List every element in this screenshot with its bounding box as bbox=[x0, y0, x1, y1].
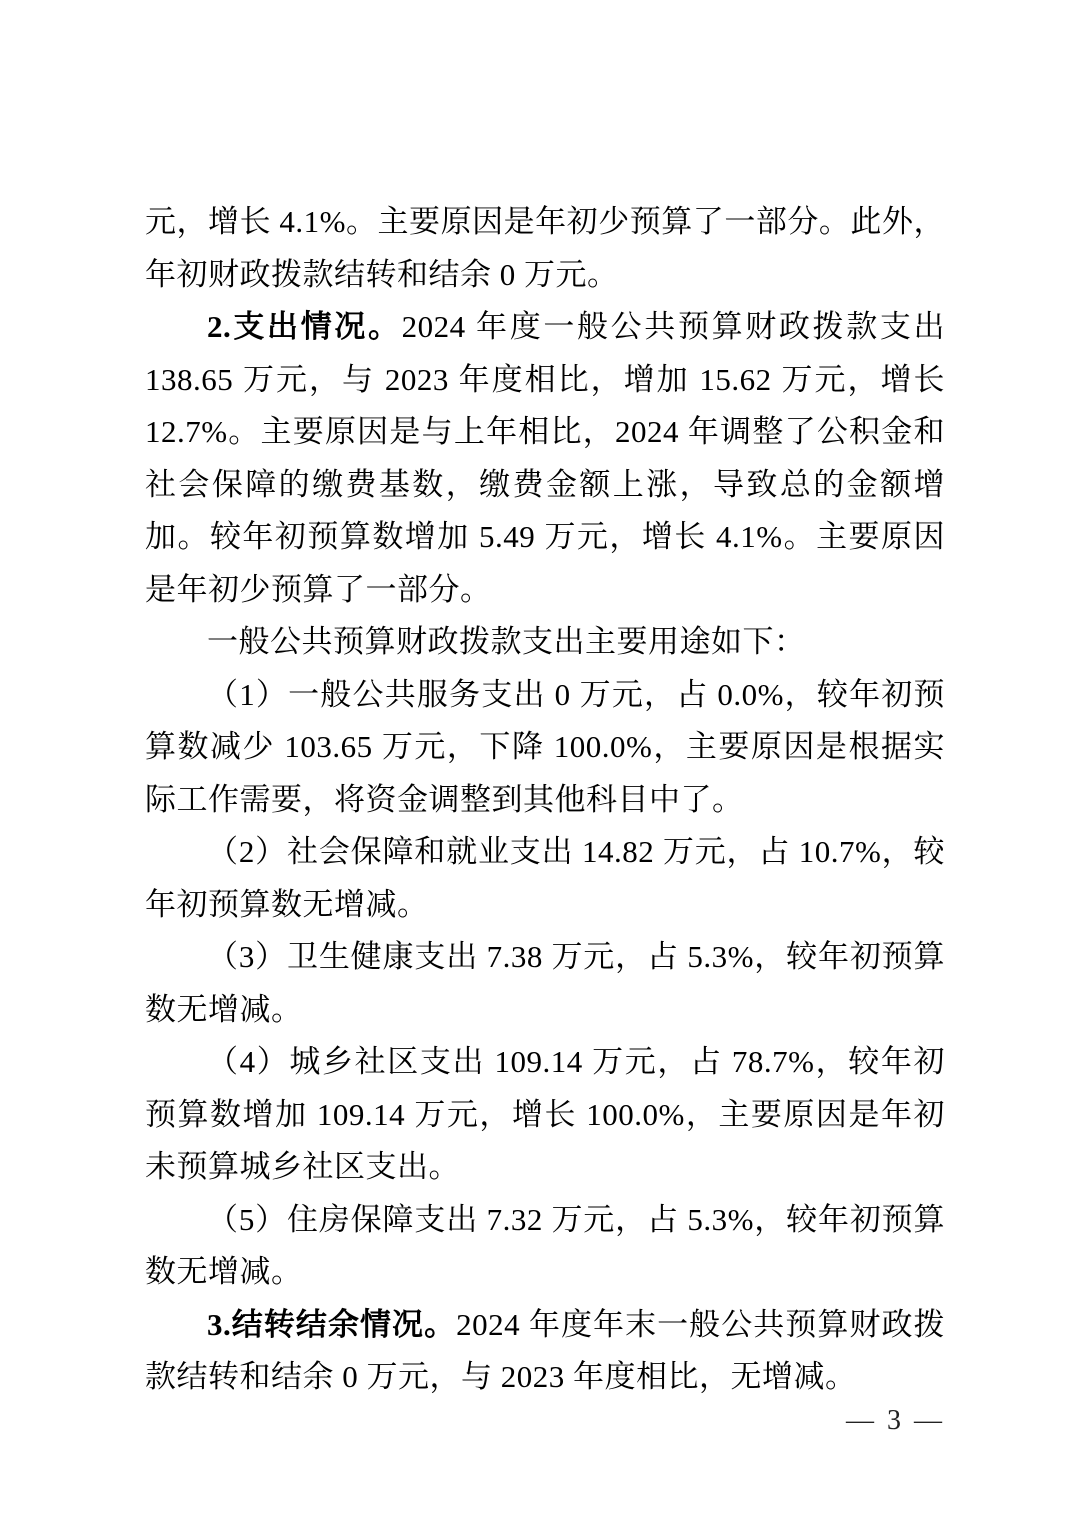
paragraph-text: 元，增长 4.1%。主要原因是年初少预算了一部分。此外，年初财政拨款结转和结余 … bbox=[145, 204, 945, 292]
paragraph-text: （1）一般公共服务支出 0 万元，占 0.0%，较年初预算数减少 103.65 … bbox=[145, 677, 945, 817]
list-item-2-social-security-employment: （2）社会保障和就业支出 14.82 万元，占 10.7%，较年初预算数无增减。 bbox=[145, 826, 945, 931]
list-item-5-housing-security: （5）住房保障支出 7.32 万元，占 5.3%，较年初预算数无增减。 bbox=[145, 1194, 945, 1299]
paragraph-text: 一般公共预算财政拨款支出主要用途如下： bbox=[207, 624, 806, 659]
paragraph-text: （3）卫生健康支出 7.38 万元，占 5.3%，较年初预算数无增减。 bbox=[145, 939, 945, 1027]
list-item-3-health: （3）卫生健康支出 7.38 万元，占 5.3%，较年初预算数无增减。 bbox=[145, 931, 945, 1036]
paragraph-text: （4）城乡社区支出 109.14 万元，占 78.7%，较年初预算数增加 109… bbox=[145, 1044, 945, 1184]
paragraph-text: （2）社会保障和就业支出 14.82 万元，占 10.7%，较年初预算数无增减。 bbox=[145, 834, 945, 922]
carryover-section-heading: 3.结转结余情况。 bbox=[207, 1307, 456, 1342]
paragraph-usage-intro: 一般公共预算财政拨款支出主要用途如下： bbox=[145, 616, 945, 669]
paragraph-carryover-balance: 3.结转结余情况。2024 年度年末一般公共预算财政拨款结转和结余 0 万元，与… bbox=[145, 1299, 945, 1404]
paragraph-text: （5）住房保障支出 7.32 万元，占 5.3%，较年初预算数无增减。 bbox=[145, 1202, 945, 1290]
list-item-4-urban-rural-community: （4）城乡社区支出 109.14 万元，占 78.7%，较年初预算数增加 109… bbox=[145, 1036, 945, 1194]
expenditure-section-heading: 2.支出情况。 bbox=[207, 309, 402, 344]
page-number: — 3 — bbox=[846, 1403, 945, 1439]
list-item-1-general-public-services: （1）一般公共服务支出 0 万元，占 0.0%，较年初预算数减少 103.65 … bbox=[145, 669, 945, 827]
document-body: 元，增长 4.1%。主要原因是年初少预算了一部分。此外，年初财政拨款结转和结余 … bbox=[145, 196, 945, 1404]
paragraph-expenditure-overview: 2.支出情况。2024 年度一般公共预算财政拨款支出 138.65 万元，与 2… bbox=[145, 301, 945, 616]
document-page: 元，增长 4.1%。主要原因是年初少预算了一部分。此外，年初财政拨款结转和结余 … bbox=[0, 0, 1075, 1520]
paragraph-text: 2024 年度一般公共预算财政拨款支出 138.65 万元，与 2023 年度相… bbox=[145, 309, 945, 607]
paragraph-carryover-continuation: 元，增长 4.1%。主要原因是年初少预算了一部分。此外，年初财政拨款结转和结余 … bbox=[145, 196, 945, 301]
